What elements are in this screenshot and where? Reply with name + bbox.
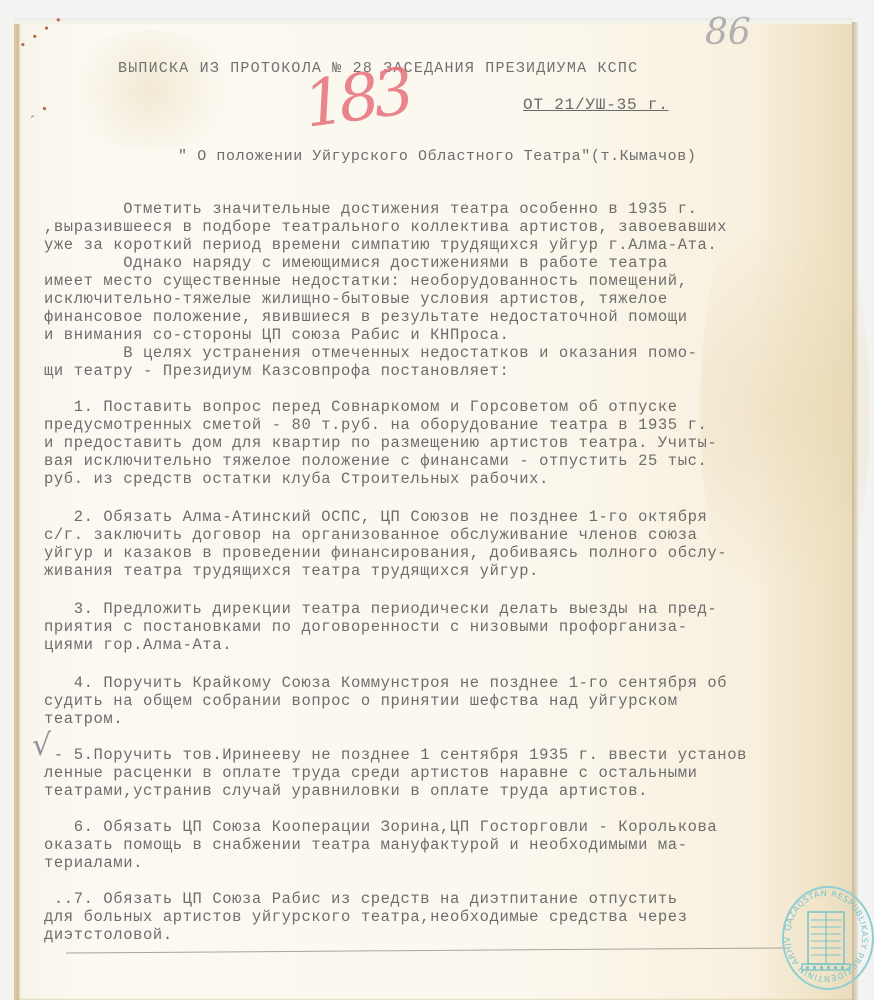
text-line: приятия с постановками по договоренности… — [44, 618, 688, 636]
text-line: живания театра трудящихся театра трудящи… — [44, 562, 539, 580]
text-line: 3. Предложить дирекции театра периодичес… — [44, 600, 717, 618]
text-line: финансовое положение, явившиеся в резуль… — [44, 308, 688, 326]
text-line: щи театру - Президиум Казсовпрофа постан… — [44, 362, 509, 380]
text-line: уйгур и казаков в проведении финансирова… — [44, 544, 727, 562]
text-line: ..7. Обязать ЦП Союза Рабис из средств н… — [44, 890, 678, 908]
text-line: циями гор.Алма-Ата. — [44, 636, 232, 654]
text-line: руб. из средств остатки клуба Строительн… — [44, 470, 549, 488]
margin-check-mark-icon: √ — [32, 728, 51, 763]
text-line: диэтстоловой. — [44, 926, 173, 944]
text-line: исключительно-тяжелые жилищно-бытовые ус… — [44, 290, 668, 308]
text-line: уже за короткий период времени симпатию … — [44, 236, 717, 254]
text-line: имеет место существенные недостатки: нео… — [44, 272, 688, 290]
text-line: 2. Обязать Алма-Атинский ОСПС, ЦП Союзов… — [44, 508, 707, 526]
text-line: 4. Поручить Крайкому Союза Коммунстроя н… — [44, 674, 727, 692]
text-line: Отметить значительные достижения театра … — [44, 200, 698, 218]
text-line: и предоставить дом для квартир по размещ… — [44, 434, 717, 452]
text-line: вая исключительно тяжелое положение с фи… — [44, 452, 707, 470]
text-line: 6. Обязать ЦП Союза Кооперации Зорина,ЦП… — [44, 818, 717, 836]
text-line: ,выразившееся в подборе театрального кол… — [44, 218, 727, 236]
text-line: с/г. заключить договор на организованное… — [44, 526, 698, 544]
text-line: театром. — [44, 710, 123, 728]
text-line: териалами. — [44, 854, 143, 872]
text-line: оказать помощь в снабжении театра мануфа… — [44, 836, 688, 854]
text-line: Однако наряду с имеющимися достижениями … — [44, 254, 668, 272]
text-line: судить на общем собрании вопрос о принят… — [44, 692, 678, 710]
text-line: 1. Поставить вопрос перед Совнаркомом и … — [44, 398, 678, 416]
text-line: для больных артистов уйгурского театра,н… — [44, 908, 688, 926]
text-line: театрами,устранив случай уравниловки в о… — [44, 782, 648, 800]
text-line: ленные расценки в оплате труда среди арт… — [44, 764, 698, 782]
archive-stamp: QAZAQSTAN RESPUBLIKASY PREZIDENTININ ARH… — [782, 880, 870, 992]
archive-building-icon: QAZAQSTAN RESPUBLIKASY PREZIDENTININ ARH… — [782, 880, 870, 992]
document-body: Отметить значительные достижения театра … — [44, 0, 844, 1000]
text-line: предусмотренных сметой - 80 т.руб. на об… — [44, 416, 707, 434]
text-line: и внимания со-стороны ЦП союза Рабис и К… — [44, 326, 509, 344]
text-line: - 5.Поручить тов.Иринееву не позднее 1 с… — [44, 746, 747, 764]
text-line: В целях устранения отмеченных недостатко… — [44, 344, 698, 362]
